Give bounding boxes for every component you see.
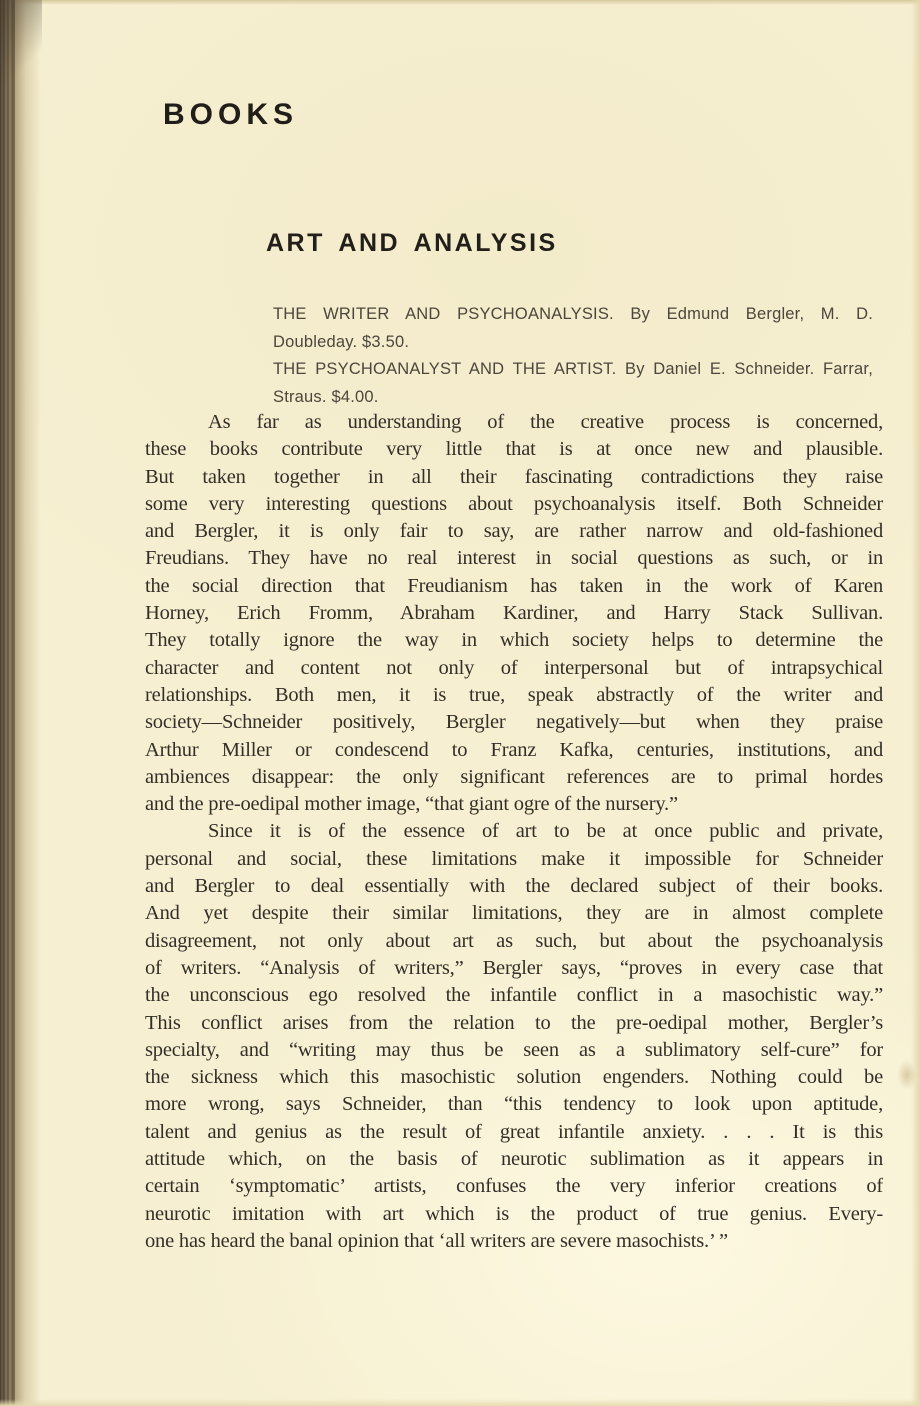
- page-smudge-mark: [897, 1060, 917, 1090]
- book-binding-edge: [0, 0, 15, 1406]
- article-title: ART AND ANALYSIS: [266, 229, 558, 258]
- body-text-line: the social direction that Freudianism ha…: [145, 573, 883, 600]
- citation-block: THE WRITER AND PSYCHOANALYSIS. By Edmund…: [273, 301, 873, 356]
- body-text-line: specialty, and “writing may thus be seen…: [145, 1037, 883, 1064]
- book-citations: THE WRITER AND PSYCHOANALYSIS. By Edmund…: [273, 301, 873, 411]
- body-text-line: Horney, Erich Fromm, Abraham Kardiner, a…: [145, 600, 883, 627]
- citation-line: Straus. $4.00.: [273, 384, 873, 412]
- body-text-line: and Bergler, it is only fair to say, are…: [145, 518, 883, 545]
- body-text-line: As far as understanding of the creative …: [145, 409, 883, 436]
- body-text-line: the sickness which this masochistic solu…: [145, 1064, 883, 1091]
- citation-line: THE PSYCHOANALYST AND THE ARTIST. By Dan…: [273, 356, 873, 384]
- body-text-line: Freudians. They have no real interest in…: [145, 545, 883, 572]
- body-text-line: of writers. “Analysis of writers,” Bergl…: [145, 955, 883, 982]
- body-text-line: And yet despite their similar limitation…: [145, 900, 883, 927]
- body-text-line: Since it is of the essence of art to be …: [145, 818, 883, 845]
- body-text-line: more wrong, says Schneider, than “this t…: [145, 1091, 883, 1118]
- binding-shadow-fade: [15, 0, 41, 1406]
- body-text-line: But taken together in all their fascinat…: [145, 464, 883, 491]
- review-body: As far as understanding of the creative …: [145, 409, 883, 1255]
- body-text-line: and the pre-oedipal mother image, “that …: [145, 791, 883, 818]
- body-text-line: one has heard the banal opinion that ‘al…: [145, 1228, 883, 1255]
- page-right-edge-shadow: [911, 0, 920, 1406]
- page-bottom-edge-shadow: [0, 1399, 920, 1406]
- body-text-line: society—Schneider positively, Bergler ne…: [145, 709, 883, 736]
- body-text-line: neurotic imitation with art which is the…: [145, 1201, 883, 1228]
- body-text-line: and Bergler to deal essentially with the…: [145, 873, 883, 900]
- body-text-line: character and content not only of interp…: [145, 655, 883, 682]
- citation-block: THE PSYCHOANALYST AND THE ARTIST. By Dan…: [273, 356, 873, 411]
- page-top-edge-shadow: [0, 0, 920, 5]
- body-text-line: talent and genius as the result of great…: [145, 1119, 883, 1146]
- body-text-line: these books contribute very little that …: [145, 436, 883, 463]
- body-text-line: relationships. Both men, it is true, spe…: [145, 682, 883, 709]
- body-text-line: personal and social, these limitations m…: [145, 846, 883, 873]
- section-heading: BOOKS: [163, 98, 298, 132]
- citation-line: Doubleday. $3.50.: [273, 329, 873, 357]
- scanned-book-page: BOOKS ART AND ANALYSIS THE WRITER AND PS…: [0, 0, 920, 1406]
- body-text-line: They totally ignore the way in which soc…: [145, 627, 883, 654]
- citation-line: THE WRITER AND PSYCHOANALYSIS. By Edmund…: [273, 301, 873, 329]
- body-text-line: certain ‘symptomatic’ artists, confuses …: [145, 1173, 883, 1200]
- body-text-line: attitude which, on the basis of neurotic…: [145, 1146, 883, 1173]
- body-text-line: ambiences disappear: the only significan…: [145, 764, 883, 791]
- body-text-line: This conflict arises from the relation t…: [145, 1010, 883, 1037]
- body-text-line: disagreement, not only about art as such…: [145, 928, 883, 955]
- body-text-line: the unconscious ego resolved the infanti…: [145, 982, 883, 1009]
- binding-corner-shadow: [0, 0, 42, 90]
- body-text-line: Arthur Miller or condescend to Franz Kaf…: [145, 737, 883, 764]
- body-text-line: some very interesting questions about ps…: [145, 491, 883, 518]
